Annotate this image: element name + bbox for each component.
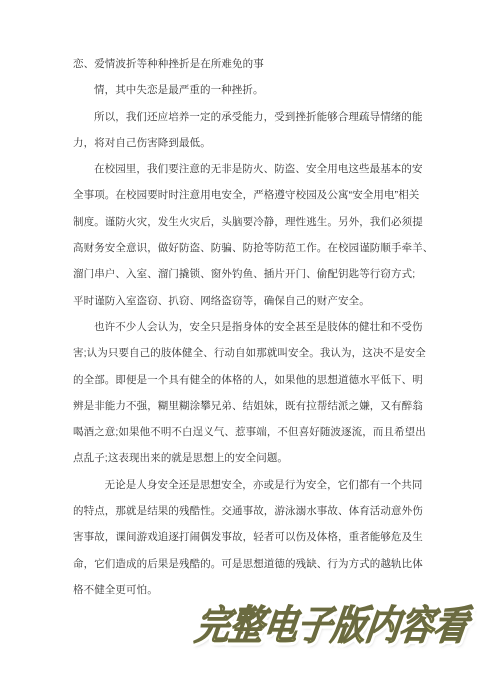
promo-banner[interactable]: 完整电子版内容看 完整电子版内容看 (192, 601, 500, 657)
text-line: 情，其中失恋是最严重的一种挫折。 (73, 77, 433, 103)
text-line: 也许不少人会认为，安全只是指身体的安全甚至是肢体的健壮和不受伤 (73, 314, 433, 340)
promo-banner-text: 完整电子版内容看 (193, 604, 471, 648)
text-line: 平时谨防入室盗窃、扒窃、网络盗窃等，确保自己的财产安全。 (73, 288, 433, 314)
document-page: 恋、爱情波折等种种挫折是在所难免的事情，其中失恋是最严重的一种挫折。所以，我们还… (0, 0, 500, 694)
text-line: 力，将对自己伤害降到最低。 (73, 130, 433, 156)
text-line: 点乱子;这表现出来的就是思想上的安全问题。 (73, 445, 433, 471)
text-line: 所以，我们还应培养一定的承受能力，受到挫折能够合理疏导情绪的能 (73, 104, 433, 130)
text-line: 害;认为只要自己的肢体健全、行动自如那就叫安全。我认为，这决不是安全 (73, 340, 433, 366)
text-line: 溜门串户、入室、溜门撬锁、窗外钓鱼、插片开门、偷配钥匙等行窃方式; (73, 261, 433, 287)
text-line: 喝酒之意;如果他不明不白逞义气、惹事端，不但喜好随波逐流，而且希望出 (73, 419, 433, 445)
text-line: 的特点，那就是结果的残酷性。交通事故，游泳溺水事故、体育活动意外伤 (73, 498, 433, 524)
text-line: 的全部。即便是一个具有健全的体格的人，如果他的思想道德水平低下、明 (73, 367, 433, 393)
text-line: 恋、爱情波折等种种挫折是在所难免的事 (73, 51, 433, 77)
text-line: 高财务安全意识，做好防盗、防骗、防抢等防范工作。在校园谨防顺手牵羊、 (73, 235, 433, 261)
text-line: 全事项。在校园要时时注意用电安全，严格遵守校园及公寓“安全用电”相关 (73, 182, 433, 208)
text-line: 格不健全更可怕。 (73, 577, 433, 603)
text-line: 制度。谨防火灾，发生火灾后，头脑要冷静，理性逃生。另外，我们必须提 (73, 209, 433, 235)
text-line: 无论是人身安全还是思想安全，亦或是行为安全，它们都有一个共同 (73, 472, 433, 498)
body-text: 恋、爱情波折等种种挫折是在所难免的事情，其中失恋是最严重的一种挫折。所以，我们还… (73, 51, 433, 603)
text-line: 命，它们造成的后果是残酷的。可是思想道德的残缺、行为方式的越轨比体 (73, 551, 433, 577)
text-line: 辨是非能力不强，糊里糊涂攀兄弟、结姐妹，既有拉帮结派之嫌，又有醉翁 (73, 393, 433, 419)
text-line: 害事故，课间游戏追逐打闹偶发事故，轻者可以伤及体格，重者能够危及生 (73, 524, 433, 550)
promo-banner-textwrap: 完整电子版内容看 完整电子版内容看 (192, 601, 471, 653)
text-line: 在校园里，我们要注意的无非是防火、防盗、安全用电这些最基本的安 (73, 156, 433, 182)
